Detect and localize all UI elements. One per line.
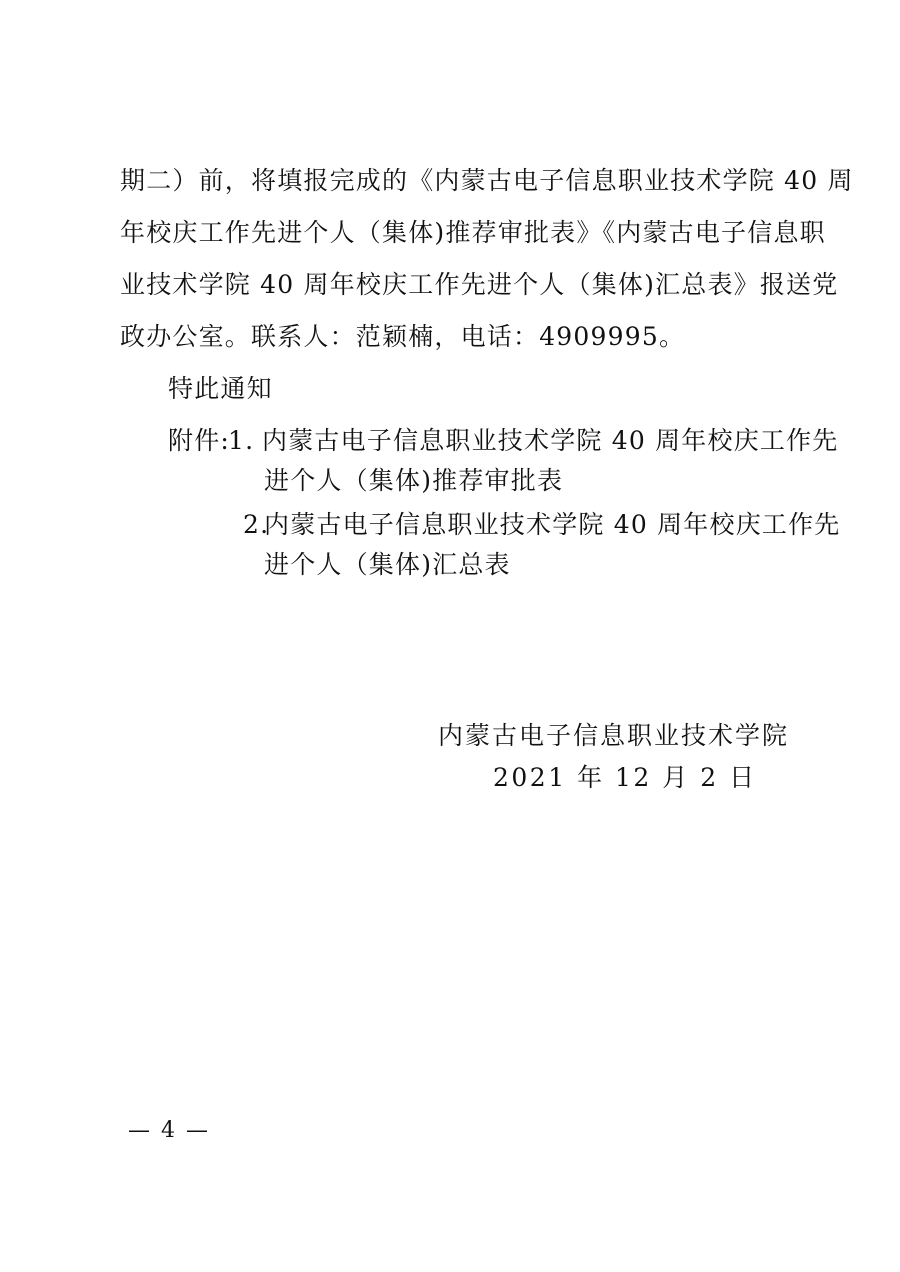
signature-date: 2021 年 12 月 2 日 <box>493 763 757 793</box>
attachment-2-title-line-1: 内蒙古电子信息职业技术学院 40 周年校庆工作先 <box>264 510 780 540</box>
attachments-label: 附件: <box>168 426 230 456</box>
page-number: — 4 — <box>128 1118 210 1144</box>
signature-organization: 内蒙古电子信息职业技术学院 <box>438 721 789 751</box>
body-paragraph-line-3: 业技术学院 40 周年校庆工作先进个人（集体)汇总表》报送党 <box>120 270 780 300</box>
body-paragraph-line-4: 政办公室。联系人：范颖楠，电话：4909995。 <box>120 322 780 352</box>
attachment-1-title-line-1: 内蒙古电子信息职业技术学院 40 周年校庆工作先 <box>262 426 780 456</box>
body-paragraph-line-2: 年校庆工作先进个人（集体)推荐审批表》《内蒙古电子信息职 <box>120 218 780 248</box>
document-page: 期二）前，将填报完成的《内蒙古电子信息职业技术学院 40 周 年校庆工作先进个人… <box>0 0 900 1272</box>
body-paragraph-line-1: 期二）前，将填报完成的《内蒙古电子信息职业技术学院 40 周 <box>120 166 780 196</box>
attachment-1-number: 1. <box>228 426 254 456</box>
attachment-1-title-line-2: 进个人（集体)推荐审批表 <box>264 466 563 496</box>
closing-phrase: 特此通知 <box>168 374 273 404</box>
attachment-2-title-line-2: 进个人（集体)汇总表 <box>264 550 511 580</box>
